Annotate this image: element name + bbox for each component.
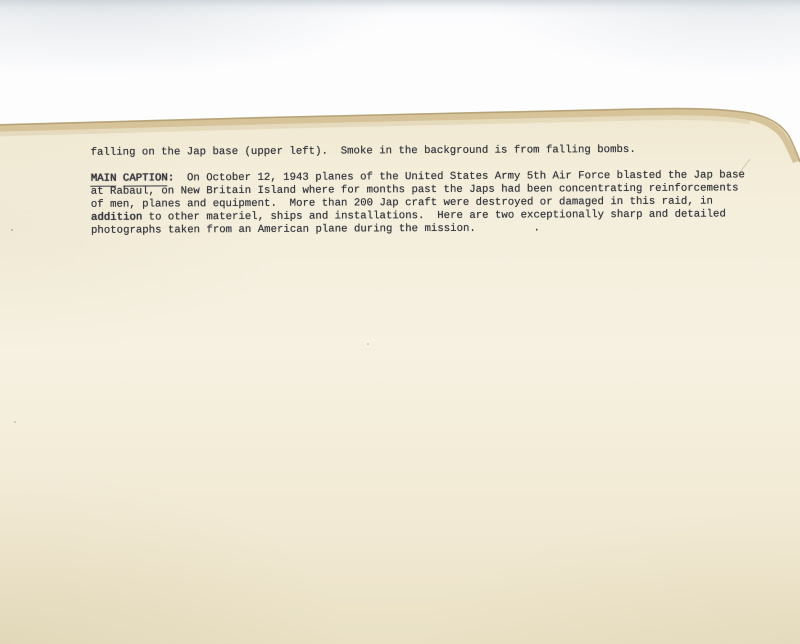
caption-text: photographs taken from an American plane… [91,222,540,236]
paper-sheet [0,0,800,644]
scanned-caption-page: falling on the Jap base (upper left). Sm… [0,0,800,644]
caption-text: to other materiel, ships and installatio… [142,208,726,223]
main-caption-heading-word: MAIN [91,173,117,187]
main-caption-heading-word: CAPTION [123,172,168,186]
continuation-text: falling on the Jap base (upper left). Sm… [91,144,636,159]
typewritten-text-block: falling on the Jap base (upper left). Sm… [52,130,782,225]
double-struck-word: addition [91,212,142,224]
